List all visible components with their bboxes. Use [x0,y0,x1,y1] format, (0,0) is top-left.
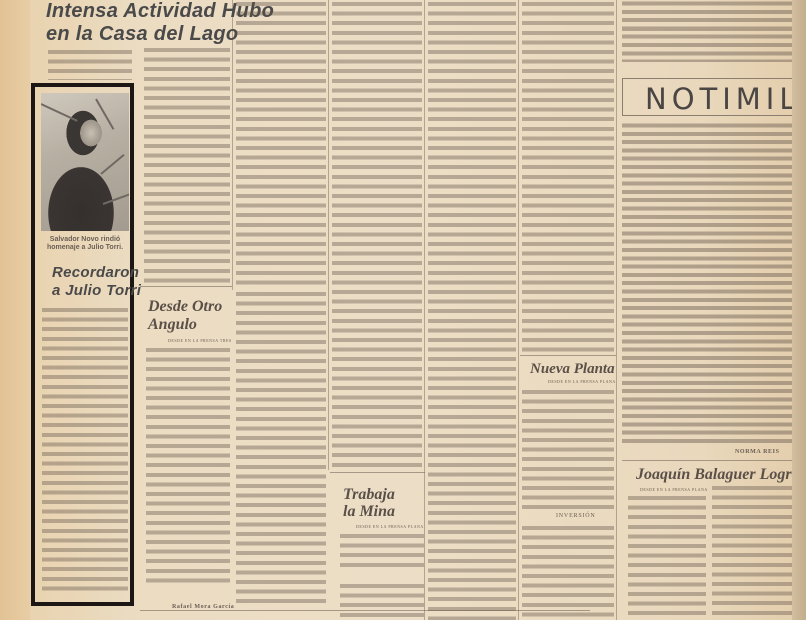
photo-caption: Salvador Novo rindió homenaje a Julio To… [40,236,130,252]
article-body-trabaja-la-mina-cont: GELDACANO, Viernes, 27 de Mayo.— [340,582,424,620]
author-signature: Rafael Mora García [172,604,234,610]
subhead: Inversión [556,513,596,519]
article-body-desde-otro-angulo [146,346,230,586]
article-column [332,0,422,470]
article-body-casa-del-lago: A las 13:00 horas se inició la función d… [144,46,230,286]
byline: Desde en la Prensa Plana [640,487,708,492]
headline-julio-torri-line1: Recordaron [52,264,139,281]
notimil-title: NOTIMIL [645,82,801,116]
article-column [428,0,516,620]
article-body-nueva-planta [522,388,614,510]
article-column-right-top [622,0,792,62]
section-divider [520,355,616,356]
article-lead-casa-del-lago: Una serie de actividades artístico-cultu… [48,48,132,80]
article-body-desde-otro-angulo-cont [236,290,326,606]
headline-julio-torri-line2: a Julio Torri [52,282,141,299]
column-rule [616,0,617,620]
headline-nueva-planta: Nueva Planta [530,361,615,378]
article-body-trabaja-la-mina [340,532,424,572]
column-rule [328,0,329,470]
headline-balaguer: Joaquín Balaguer Logró [636,466,800,484]
article-body-balaguer-cont [712,484,792,620]
author-signature: NORMA REIS [735,449,780,455]
byline: Desde en la Prensa Plana [548,379,616,384]
article-body-nueva-planta-cont [522,524,614,620]
article-column [236,0,326,286]
byline: Desde en la Prensa Tres [168,338,232,343]
article-column [522,0,614,352]
byline: Desde en la Prensa Plana [356,524,424,529]
headline-trabaja-la-mina-line1: Trabaja [343,486,395,503]
headline-trabaja-la-mina-line2: la Mina [343,503,395,520]
headline-desde-otro-angulo-line2: Angulo [148,316,197,334]
section-divider [330,472,425,473]
page-margin [0,0,30,620]
column-rule [424,0,425,620]
section-divider [622,460,792,461]
headline-casa-del-lago-line2: en la Casa del Lago [46,23,238,45]
column-rule [518,0,519,620]
article-body-julio-torri: El homenaje a don Julio Torri, efectuado… [42,306,128,594]
page-edge [792,0,806,620]
article-body-notimil [622,122,792,444]
headline-desde-otro-angulo-line1: Desde Otro [148,298,222,316]
article-body-balaguer [628,494,706,620]
section-divider [140,286,232,287]
newspaper-page: Intensa Actividad Hubo en la Casa del La… [0,0,806,620]
portrait-photo [41,93,129,231]
